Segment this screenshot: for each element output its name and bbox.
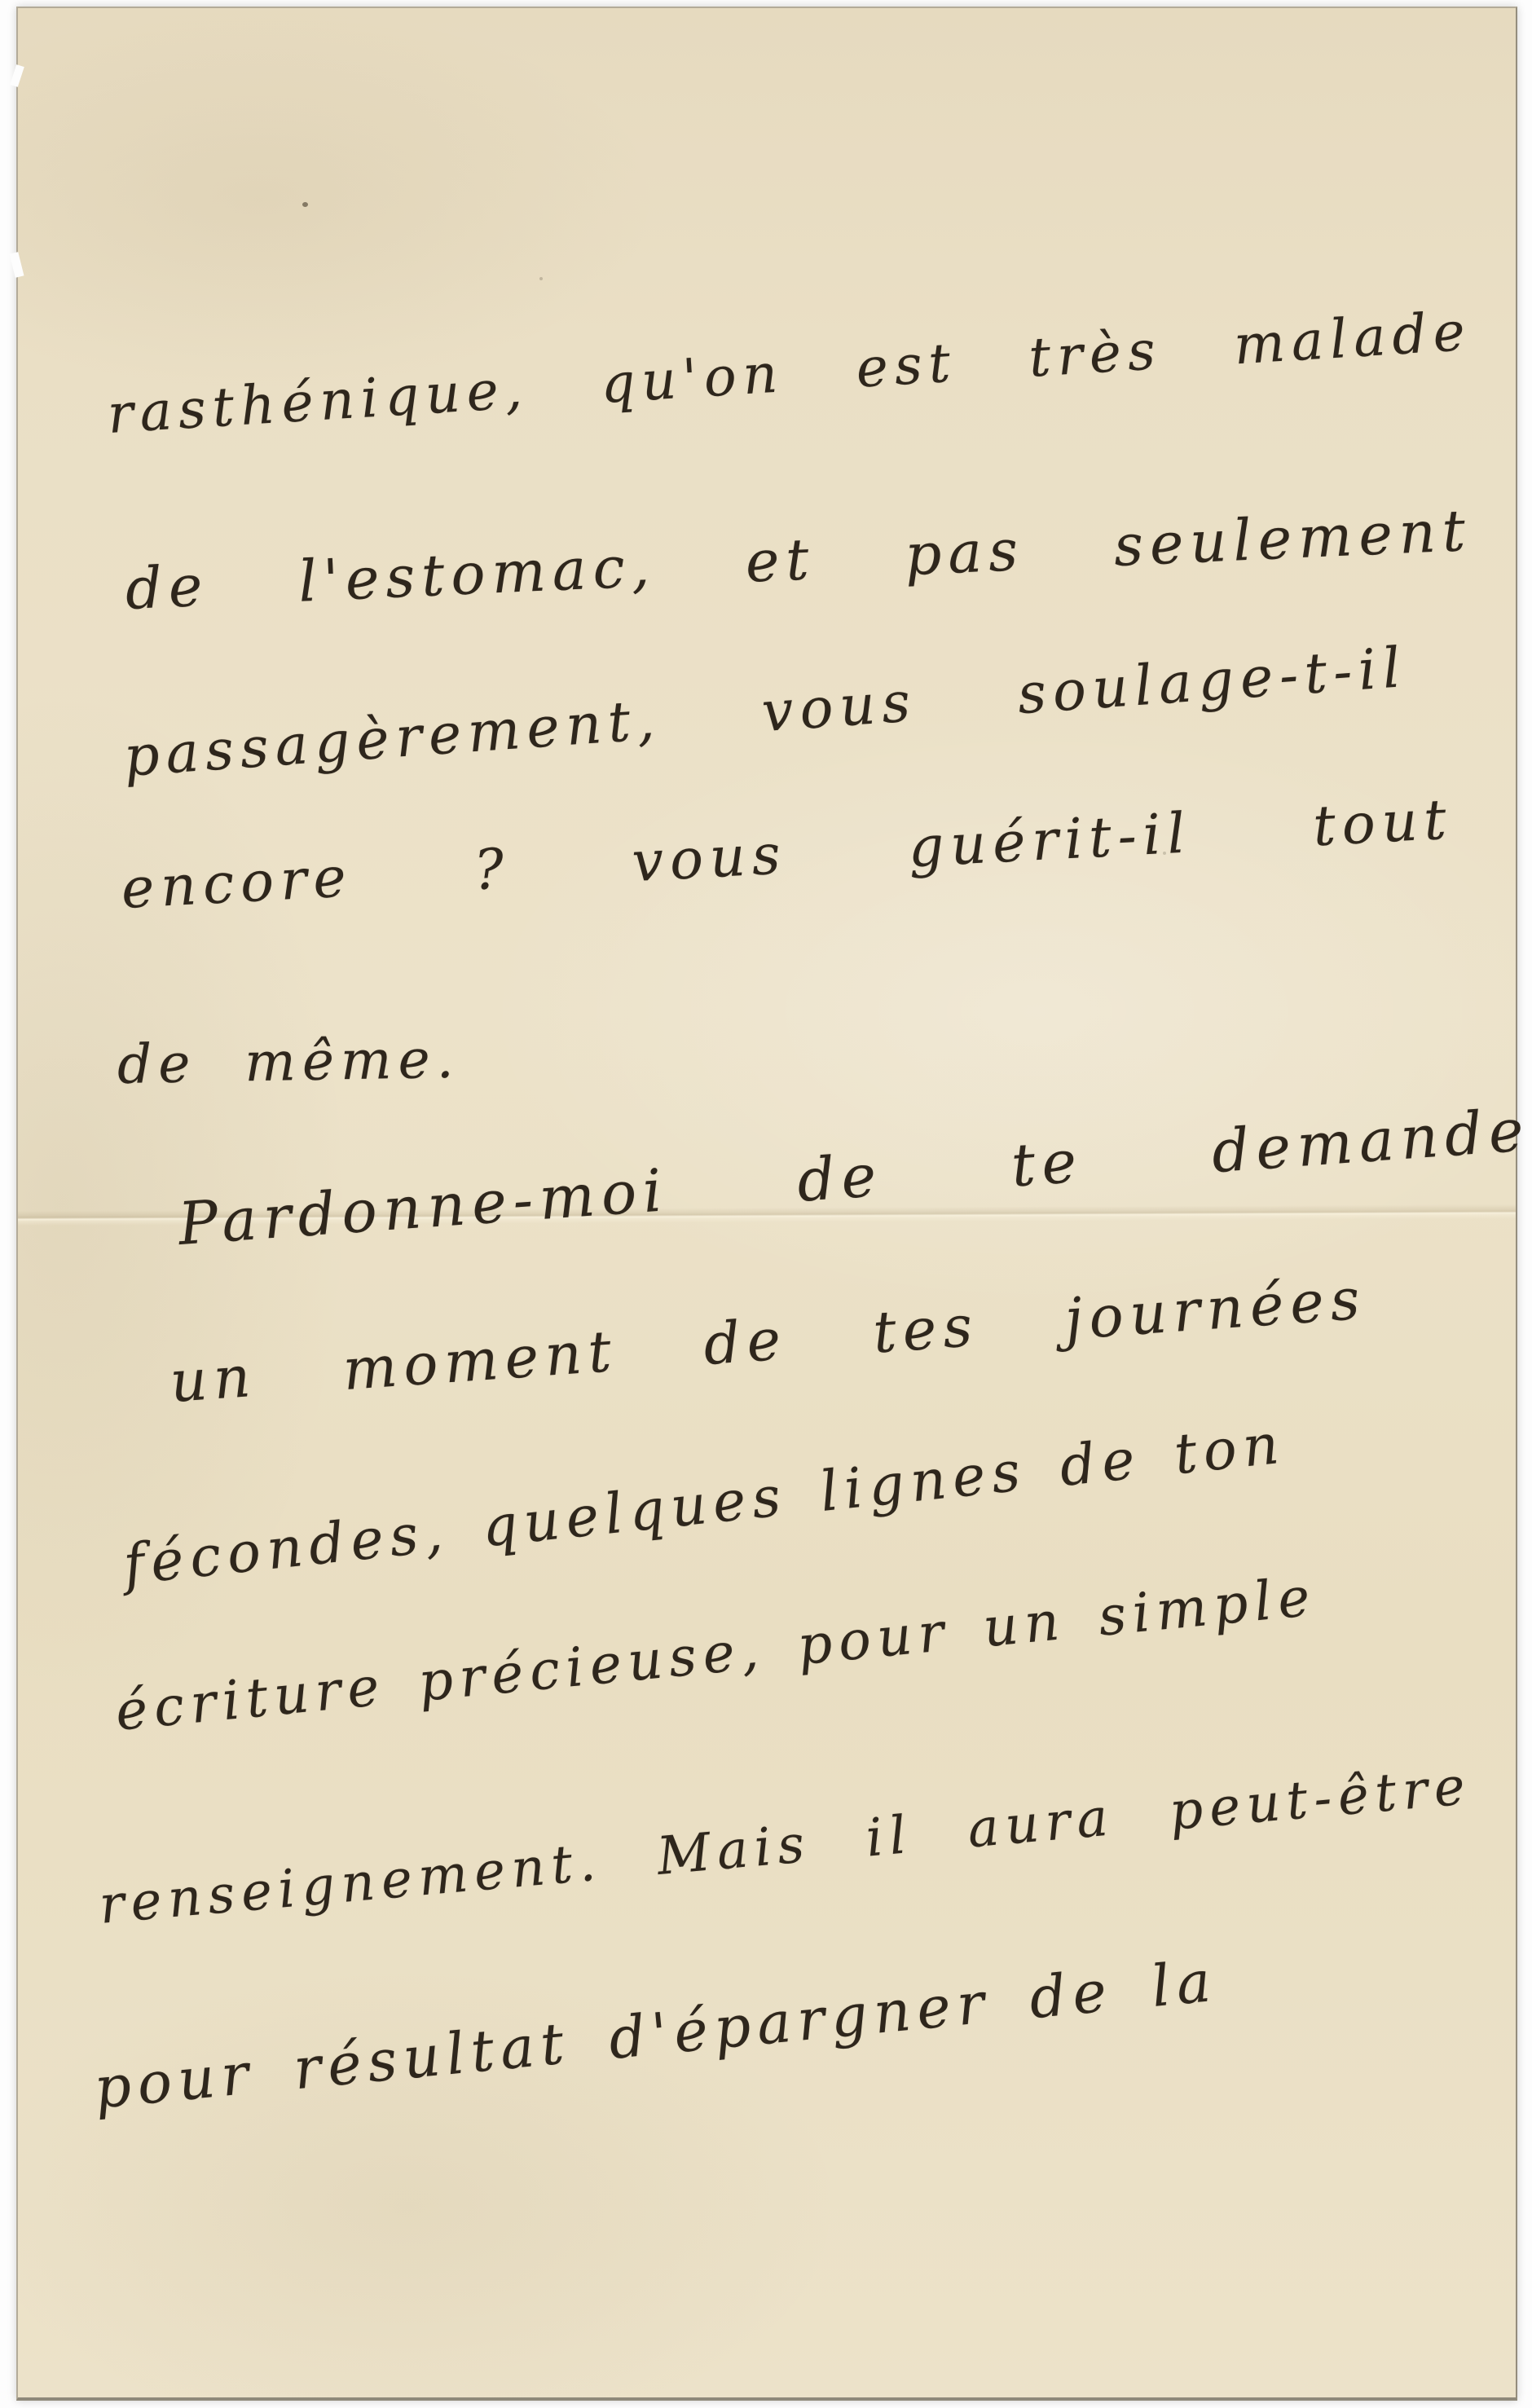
paper-edge-nick — [10, 64, 24, 87]
paper-edge-nick — [10, 252, 24, 278]
handwriting-line-10: renseignement. Mais il aura peut-être — [97, 1756, 1474, 1936]
handwriting-line-11: pour résultat d'épargner de la — [91, 1948, 1220, 2122]
paper-sheet: rasthénique, qu'on est très malade de l'… — [16, 7, 1517, 2401]
handwriting-line-3: passagèrement, vous soulage-t-il — [121, 636, 1409, 790]
handwriting-line-4: encore ? vous guérit-il tout — [120, 787, 1455, 922]
letter-scan: rasthénique, qu'on est très malade de l'… — [0, 0, 1532, 2408]
handwriting-line-8: fécondes, quelques lignes de ton — [121, 1411, 1288, 1597]
handwriting-line-5: de même. — [117, 1028, 460, 1096]
ink-speck — [302, 202, 308, 207]
handwriting-line-2: de l'estomac, et pas seulement — [124, 497, 1473, 623]
handwriting-line-7: un moment de tes journées — [168, 1266, 1368, 1415]
handwriting-line-1: rasthénique, qu'on est très malade — [106, 300, 1473, 446]
handwriting-line-9: écriture précieuse, pour un simple — [112, 1565, 1318, 1742]
handwriting-line-6: Pardonne-moi de te demander — [176, 1093, 1532, 1258]
ink-speck — [539, 277, 543, 280]
